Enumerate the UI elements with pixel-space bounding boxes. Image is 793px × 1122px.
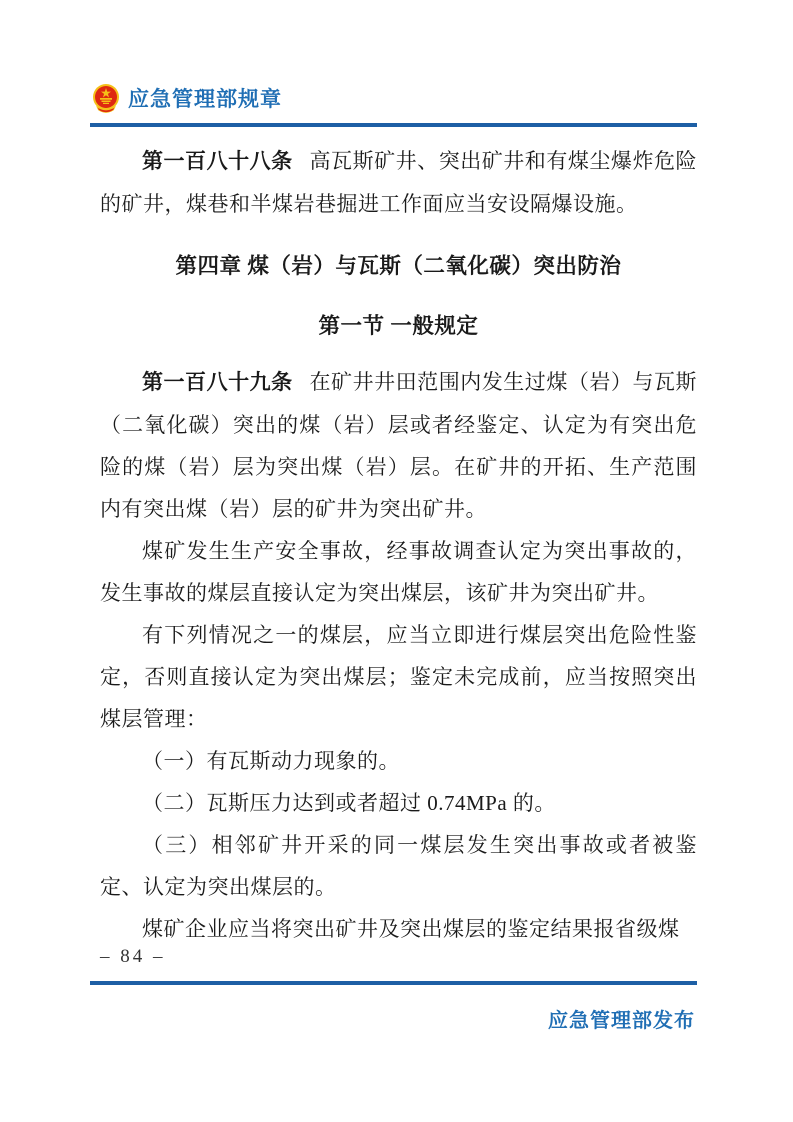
paragraph-article-189: 第一百八十九条在矿井井田范围内发生过煤（岩）与瓦斯（二氧化碳）突出的煤（岩）层或… (100, 361, 697, 530)
chapter-heading: 第四章 煤（岩）与瓦斯（二氧化碳）突出防治 (100, 245, 697, 287)
list-item-2: （二）瓦斯压力达到或者超过 0.74MPa 的。 (100, 782, 697, 824)
article-188-number: 第一百八十八条 (142, 150, 310, 173)
document-body: 第一百八十八条高瓦斯矿井、突出矿井和有煤尘爆炸危险的矿井，煤巷和半煤岩巷掘进工作… (100, 140, 697, 950)
list-item-1: （一）有瓦斯动力现象的。 (100, 740, 697, 782)
list-item-3: （三）相邻矿井开采的同一煤层发生突出事故或者被鉴定、认定为突出煤层的。 (100, 824, 697, 908)
paragraph-report: 煤矿企业应当将突出矿井及突出煤层的鉴定结果报省级煤 (100, 908, 697, 950)
paragraph-conditions: 有下列情况之一的煤层，应当立即进行煤层突出危险性鉴定，否则直接认定为突出煤层；鉴… (100, 614, 697, 740)
footer-divider (90, 981, 697, 985)
china-national-emblem-icon (90, 82, 122, 114)
section-heading: 第一节 一般规定 (100, 305, 697, 347)
header-title: 应急管理部规章 (128, 83, 282, 113)
page-number: – 84 – (100, 946, 166, 968)
paragraph-article-188: 第一百八十八条高瓦斯矿井、突出矿井和有煤尘爆炸危险的矿井，煤巷和半煤岩巷掘进工作… (100, 140, 697, 225)
article-189-number: 第一百八十九条 (142, 371, 310, 394)
paragraph-accident: 煤矿发生生产安全事故，经事故调查认定为突出事故的，发生事故的煤层直接认定为突出煤… (100, 530, 697, 614)
footer-publisher: 应急管理部发布 (548, 1004, 695, 1033)
document-page: 应急管理部规章 第一百八十八条高瓦斯矿井、突出矿井和有煤尘爆炸危险的矿井，煤巷和… (0, 0, 793, 1122)
header-divider (90, 123, 697, 127)
page-header: 应急管理部规章 (90, 82, 697, 135)
